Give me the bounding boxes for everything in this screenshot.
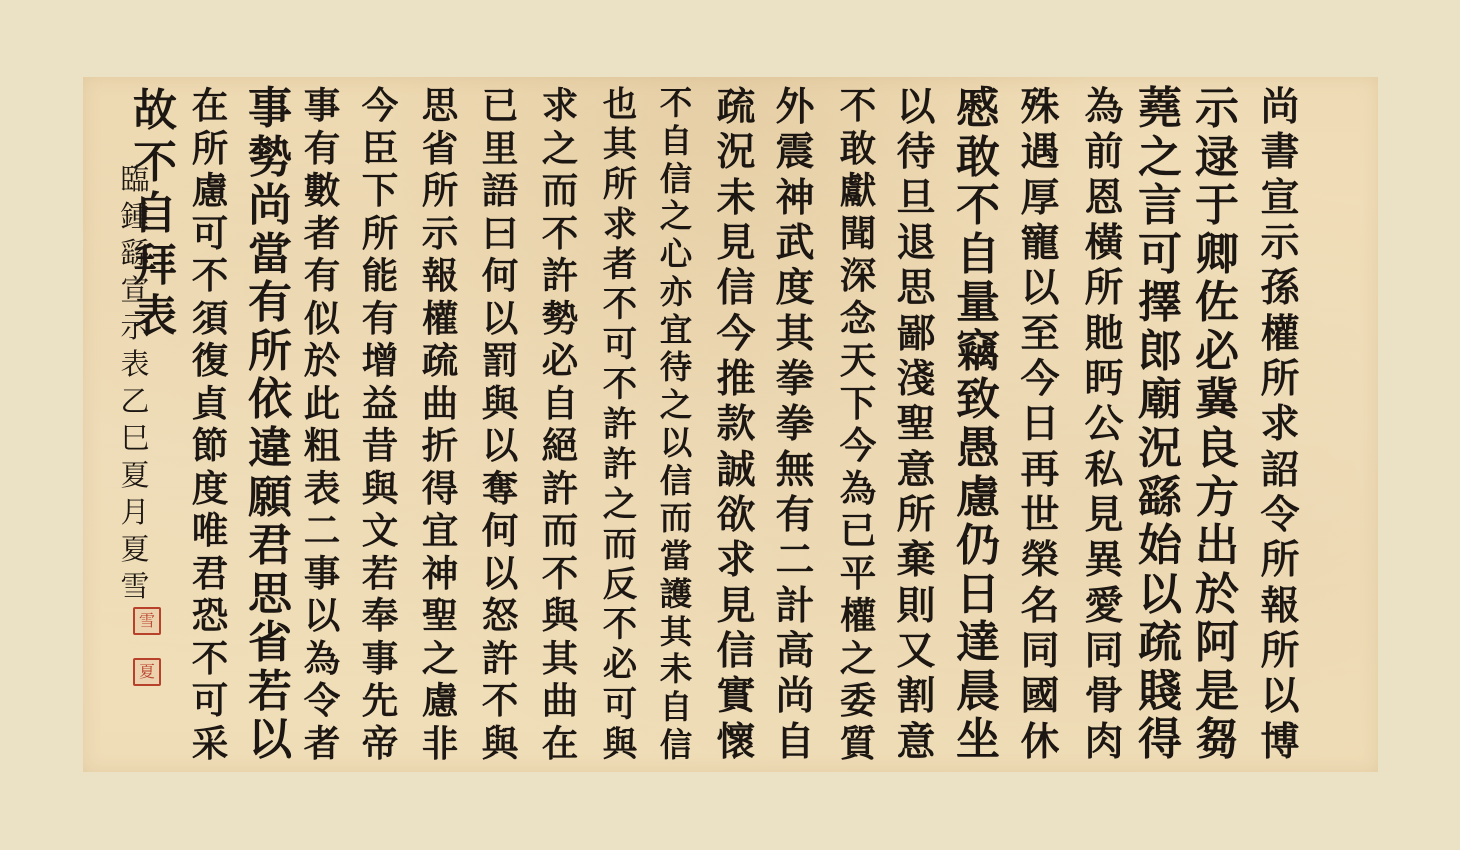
calligraphy-character: 不 [840, 85, 877, 128]
calligraphy-character: 先 [362, 680, 399, 723]
calligraphy-character: 願 [248, 474, 292, 523]
calligraphy-character: 見 [1085, 493, 1124, 538]
calligraphy-character: 奉 [362, 595, 399, 638]
calligraphy-character: 報 [422, 255, 459, 298]
calligraphy-character: 廟 [1138, 376, 1182, 425]
calligraphy-character: 必 [1195, 328, 1239, 377]
calligraphy-character: 君 [192, 553, 229, 596]
calligraphy-character: 有 [248, 279, 292, 328]
calligraphy-character: 所 [1261, 538, 1300, 583]
calligraphy-character: 卿 [1195, 231, 1239, 280]
calligraphy-character: 思 [248, 571, 292, 620]
calligraphy-character: 今 [717, 312, 756, 357]
text-column-11: 不自信之心亦宜待之以信而當護其未自信 [648, 85, 704, 765]
calligraphy-character: 棄 [897, 538, 936, 583]
calligraphy-character: 示 [1261, 221, 1300, 266]
calligraphy-character: 示 [422, 213, 459, 256]
calligraphy-character: 有 [776, 493, 815, 538]
calligraphy-character: 信 [660, 727, 692, 765]
calligraphy-character: 當 [248, 231, 292, 280]
calligraphy-character: 無 [776, 448, 815, 493]
calligraphy-character: 恐 [192, 595, 229, 638]
calligraphy-character: 仍 [956, 522, 1000, 571]
calligraphy-character: 何 [482, 510, 519, 553]
calligraphy-character: 與 [603, 725, 637, 765]
calligraphy-character: 致 [956, 376, 1000, 425]
calligraphy-character: 里 [482, 128, 519, 171]
calligraphy-character: 此 [304, 383, 341, 426]
calligraphy-character: 之 [660, 387, 692, 425]
calligraphy-paper: 尚書宣示孫權所求詔令所報所以博 示逯于卿佐必冀良方出於阿是芻 蕘之言可擇郎廟況繇… [83, 77, 1378, 772]
calligraphy-character: 愚 [956, 425, 1000, 474]
calligraphy-character: 所 [603, 165, 637, 205]
calligraphy-character: 有 [304, 255, 341, 298]
calligraphy-character: 敢 [840, 128, 877, 171]
calligraphy-character: 不 [603, 365, 637, 405]
calligraphy-character: 其 [542, 638, 579, 681]
calligraphy-character: 之 [840, 638, 877, 681]
calligraphy-character: 私 [1085, 448, 1124, 493]
calligraphy-character: 許 [542, 468, 579, 511]
calligraphy-character: 以 [660, 425, 692, 463]
inscription-character: 乙 [120, 383, 149, 420]
calligraphy-character: 坐 [956, 716, 1000, 765]
calligraphy-character: 逯 [1195, 134, 1239, 183]
calligraphy-character: 貞 [192, 383, 229, 426]
calligraphy-character: 曲 [542, 680, 579, 723]
calligraphy-character: 求 [717, 538, 756, 583]
calligraphy-character: 求 [542, 85, 579, 128]
calligraphy-character: 許 [603, 445, 637, 485]
calligraphy-character: 必 [603, 645, 637, 685]
calligraphy-character: 許 [542, 255, 579, 298]
calligraphy-character: 采 [192, 723, 229, 766]
text-column-15: 思省所示報權疏曲折得宜神聖之慮非 [412, 85, 468, 765]
calligraphy-character: 博 [1261, 720, 1300, 765]
calligraphy-character: 可 [603, 685, 637, 725]
calligraphy-character: 違 [248, 425, 292, 474]
calligraphy-character: 意 [897, 720, 936, 765]
calligraphy-character: 所 [897, 493, 936, 538]
calligraphy-character: 橫 [1085, 221, 1124, 266]
calligraphy-character: 怒 [482, 595, 519, 638]
calligraphy-character: 所 [1085, 266, 1124, 311]
calligraphy-character: 所 [1261, 629, 1300, 674]
calligraphy-character: 冀 [1195, 376, 1239, 425]
calligraphy-character: 賤 [1138, 668, 1182, 717]
calligraphy-character: 意 [897, 448, 936, 493]
text-column-1: 尚書宣示孫權所求詔令所報所以博 [1252, 85, 1308, 765]
calligraphy-character: 亦 [660, 274, 692, 312]
calligraphy-character: 遇 [1021, 130, 1060, 175]
calligraphy-character: 以 [304, 595, 341, 638]
inscription-character: 宣 [120, 272, 149, 309]
calligraphy-character: 未 [660, 651, 692, 689]
calligraphy-character: 眄 [1085, 357, 1124, 402]
calligraphy-character: 敢 [956, 134, 1000, 183]
calligraphy-character: 疏 [422, 340, 459, 383]
calligraphy-character: 言 [1138, 182, 1182, 231]
calligraphy-character: 宜 [660, 312, 692, 350]
calligraphy-character: 度 [776, 266, 815, 311]
calligraphy-character: 貤 [1085, 312, 1124, 357]
calligraphy-character: 罰 [482, 340, 519, 383]
calligraphy-character: 退 [897, 221, 936, 266]
calligraphy-character: 待 [660, 349, 692, 387]
calligraphy-character: 愛 [1085, 584, 1124, 629]
calligraphy-character: 報 [1261, 584, 1300, 629]
calligraphy-character: 之 [542, 128, 579, 171]
calligraphy-character: 折 [422, 425, 459, 468]
calligraphy-character: 尚 [776, 674, 815, 719]
text-column-4: 為前恩橫所貤眄公私見異愛同骨肉 [1076, 85, 1132, 765]
calligraphy-character: 自 [956, 231, 1000, 280]
calligraphy-character: 今 [362, 85, 399, 128]
calligraphy-character: 權 [840, 595, 877, 638]
inscription-character: 臨 [120, 161, 149, 198]
calligraphy-character: 自 [660, 123, 692, 161]
calligraphy-character: 可 [603, 325, 637, 365]
calligraphy-character: 權 [422, 298, 459, 341]
calligraphy-character: 方 [1195, 474, 1239, 523]
calligraphy-character: 以 [248, 716, 292, 765]
calligraphy-character: 已 [482, 85, 519, 128]
calligraphy-character: 慼 [956, 85, 1000, 134]
calligraphy-character: 至 [1021, 312, 1060, 357]
calligraphy-character: 欲 [717, 493, 756, 538]
calligraphy-character: 事 [248, 85, 292, 134]
calligraphy-character: 得 [422, 468, 459, 511]
calligraphy-character: 求 [1261, 402, 1300, 447]
text-column-19: 在所慮可不須復貞節度唯君恐不可采 [182, 85, 238, 765]
calligraphy-character: 異 [1085, 538, 1124, 583]
calligraphy-character: 非 [422, 723, 459, 766]
calligraphy-character: 信 [660, 463, 692, 501]
calligraphy-character: 似 [304, 298, 341, 341]
calligraphy-character: 示 [1195, 85, 1239, 134]
calligraphy-character: 孫 [1261, 266, 1300, 311]
calligraphy-character: 君 [248, 522, 292, 571]
inscription-character: 鍾 [120, 198, 149, 235]
calligraphy-character: 是 [1195, 668, 1239, 717]
calligraphy-character: 求 [603, 205, 637, 245]
calligraphy-character: 信 [717, 266, 756, 311]
calligraphy-character: 疏 [717, 85, 756, 130]
calligraphy-character: 則 [897, 584, 936, 629]
calligraphy-character: 省 [248, 619, 292, 668]
calligraphy-character: 必 [542, 340, 579, 383]
calligraphy-character: 于 [1195, 182, 1239, 231]
calligraphy-character: 況 [1138, 425, 1182, 474]
calligraphy-character: 不 [482, 680, 519, 723]
calligraphy-character: 表 [304, 468, 341, 511]
calligraphy-character: 而 [660, 500, 692, 538]
calligraphy-character: 旦 [897, 176, 936, 221]
inscription-character: 夏 [120, 457, 149, 494]
calligraphy-character: 事 [362, 638, 399, 681]
calligraphy-character: 質 [840, 723, 877, 766]
calligraphy-character: 待 [897, 130, 936, 175]
calligraphy-character: 良 [1195, 425, 1239, 474]
calligraphy-character: 文 [362, 510, 399, 553]
calligraphy-character: 慮 [422, 680, 459, 723]
calligraphy-character: 佐 [1195, 279, 1239, 328]
calligraphy-character: 何 [482, 255, 519, 298]
calligraphy-character: 不 [192, 255, 229, 298]
calligraphy-character: 世 [1021, 493, 1060, 538]
calligraphy-character: 念 [840, 298, 877, 341]
calligraphy-character: 所 [422, 170, 459, 213]
calligraphy-character: 詔 [1261, 448, 1300, 493]
calligraphy-character: 臣 [362, 128, 399, 171]
calligraphy-character: 聖 [897, 402, 936, 447]
calligraphy-character: 誠 [717, 448, 756, 493]
calligraphy-character: 而 [603, 525, 637, 565]
calligraphy-character: 在 [542, 723, 579, 766]
calligraphy-character: 已 [840, 510, 877, 553]
calligraphy-character: 可 [192, 680, 229, 723]
calligraphy-character: 有 [304, 128, 341, 171]
calligraphy-character: 令 [304, 680, 341, 723]
calligraphy-character: 所 [362, 213, 399, 256]
calligraphy-character: 蕘 [1138, 85, 1182, 134]
calligraphy-character: 武 [776, 221, 815, 266]
calligraphy-character: 者 [304, 213, 341, 256]
calligraphy-character: 在 [192, 85, 229, 128]
inscription-character: 表 [120, 346, 149, 383]
text-column-10: 疏況未見信今推款誠欲求見信實懷 [708, 85, 764, 765]
calligraphy-character: 宣 [1261, 176, 1300, 221]
calligraphy-character: 前 [1085, 130, 1124, 175]
calligraphy-character: 芻 [1195, 716, 1239, 765]
calligraphy-character: 復 [192, 340, 229, 383]
calligraphy-character: 震 [776, 130, 815, 175]
calligraphy-character: 阿 [1195, 619, 1239, 668]
calligraphy-character: 曲 [422, 383, 459, 426]
calligraphy-character: 日 [1021, 402, 1060, 447]
calligraphy-character: 割 [897, 674, 936, 719]
text-column-3: 蕘之言可擇郎廟況繇始以疏賤得 [1132, 85, 1188, 765]
calligraphy-character: 之 [603, 485, 637, 525]
calligraphy-character: 寵 [1021, 221, 1060, 266]
calligraphy-character: 自 [542, 383, 579, 426]
calligraphy-character: 以 [1021, 266, 1060, 311]
text-column-6: 慼敢不自量竊致愚慮仍日達晨坐 [950, 85, 1006, 765]
calligraphy-character: 語 [482, 170, 519, 213]
calligraphy-character: 不 [192, 638, 229, 681]
calligraphy-character: 不 [660, 85, 692, 123]
text-column-14: 已里語曰何以罰與以奪何以怒許不與 [472, 85, 528, 765]
calligraphy-character: 下 [362, 170, 399, 213]
calligraphy-character: 為 [304, 638, 341, 681]
text-column-2: 示逯于卿佐必冀良方出於阿是芻 [1189, 85, 1245, 765]
calligraphy-character: 實 [717, 674, 756, 719]
text-column-7: 以待旦退思鄙淺聖意所棄則又割意 [888, 85, 944, 765]
calligraphy-character: 信 [717, 629, 756, 674]
calligraphy-character: 不 [603, 605, 637, 645]
inscription-character: 夏 [120, 531, 149, 568]
calligraphy-character: 可 [1138, 231, 1182, 280]
text-column-13: 求之而不許勢必自絕許而不與其曲在 [532, 85, 588, 765]
calligraphy-character: 同 [1021, 629, 1060, 674]
calligraphy-character: 令 [1261, 493, 1300, 538]
calligraphy-character: 於 [304, 340, 341, 383]
calligraphy-character: 其 [776, 312, 815, 357]
calligraphy-character: 須 [192, 298, 229, 341]
calligraphy-character: 見 [717, 584, 756, 629]
calligraphy-character: 昔 [362, 425, 399, 468]
calligraphy-character: 其 [660, 614, 692, 652]
calligraphy-character: 宜 [422, 510, 459, 553]
calligraphy-character: 達 [956, 619, 1000, 668]
calligraphy-character: 深 [840, 255, 877, 298]
calligraphy-character: 若 [248, 668, 292, 717]
calligraphy-character: 拳 [776, 357, 815, 402]
text-column-5: 殊遇厚寵以至今日再世榮名同國休 [1012, 85, 1068, 765]
calligraphy-character: 未 [717, 176, 756, 221]
text-column-17: 事有數者有似於此粗表二事以為令者 [294, 85, 350, 765]
calligraphy-character: 二 [776, 538, 815, 583]
calligraphy-character: 厚 [1021, 176, 1060, 221]
calligraphy-character: 休 [1021, 720, 1060, 765]
calligraphy-character: 增 [362, 340, 399, 383]
calligraphy-character: 與 [482, 383, 519, 426]
calligraphy-character: 神 [776, 176, 815, 221]
inscription-column: 臨鍾繇宣示表乙巳夏月夏雪 [117, 161, 153, 605]
calligraphy-character: 疏 [1138, 619, 1182, 668]
calligraphy-character: 與 [482, 723, 519, 766]
calligraphy-character: 推 [717, 357, 756, 402]
calligraphy-character: 拳 [776, 402, 815, 447]
calligraphy-character: 依 [248, 376, 292, 425]
calligraphy-character: 與 [362, 468, 399, 511]
calligraphy-character: 絕 [542, 425, 579, 468]
calligraphy-character: 尚 [1261, 85, 1300, 130]
calligraphy-character: 以 [1261, 674, 1300, 719]
calligraphy-character: 鄙 [897, 312, 936, 357]
calligraphy-character: 許 [603, 405, 637, 445]
calligraphy-character: 者 [304, 723, 341, 766]
inscription-character: 繇 [120, 235, 149, 272]
calligraphy-character: 也 [603, 85, 637, 125]
calligraphy-character: 慮 [956, 474, 1000, 523]
inscription-character: 示 [120, 309, 149, 346]
calligraphy-character: 名 [1021, 584, 1060, 629]
calligraphy-character: 國 [1021, 674, 1060, 719]
calligraphy-character: 尚 [248, 182, 292, 231]
calligraphy-character: 節 [192, 425, 229, 468]
calligraphy-character: 當 [660, 538, 692, 576]
calligraphy-character: 於 [1195, 571, 1239, 620]
calligraphy-character: 榮 [1021, 538, 1060, 583]
calligraphy-character: 高 [776, 629, 815, 674]
calligraphy-character: 與 [542, 595, 579, 638]
calligraphy-character: 其 [603, 125, 637, 165]
calligraphy-character: 而 [542, 510, 579, 553]
calligraphy-character: 以 [482, 298, 519, 341]
calligraphy-character: 同 [1085, 629, 1124, 674]
calligraphy-character: 數 [304, 170, 341, 213]
text-column-8: 不敢獻聞深念天下今為已平權之委質 [830, 85, 886, 765]
calligraphy-character: 思 [897, 266, 936, 311]
calligraphy-character: 事 [304, 553, 341, 596]
calligraphy-character: 懷 [717, 720, 756, 765]
calligraphy-character: 之 [422, 638, 459, 681]
calligraphy-character: 骨 [1085, 674, 1124, 719]
calligraphy-character: 日 [956, 571, 1000, 620]
calligraphy-character: 曰 [482, 213, 519, 256]
calligraphy-character: 為 [1085, 85, 1124, 130]
text-column-12: 也其所求者不可不許許之而反不必可與 [592, 85, 648, 765]
calligraphy-character: 勢 [248, 134, 292, 183]
calligraphy-character: 殊 [1021, 85, 1060, 130]
calligraphy-character: 獻 [840, 170, 877, 213]
calligraphy-character: 省 [422, 128, 459, 171]
calligraphy-character: 淺 [897, 357, 936, 402]
text-column-18: 事勢尚當有所依違願君思省若以 [242, 85, 298, 765]
mounting-border: 尚書宣示孫權所求詔令所報所以博 示逯于卿佐必冀良方出於阿是芻 蕘之言可擇郎廟況繇… [0, 0, 1460, 850]
calligraphy-character: 可 [192, 213, 229, 256]
calligraphy-character: 自 [776, 720, 815, 765]
calligraphy-character: 者 [603, 245, 637, 285]
calligraphy-character: 得 [1138, 716, 1182, 765]
calligraphy-character: 聖 [422, 595, 459, 638]
calligraphy-character: 恩 [1085, 176, 1124, 221]
calligraphy-character: 慮 [192, 170, 229, 213]
calligraphy-character: 款 [717, 402, 756, 447]
calligraphy-character: 始 [1138, 522, 1182, 571]
calligraphy-character: 思 [422, 85, 459, 128]
calligraphy-character: 公 [1085, 402, 1124, 447]
calligraphy-character: 外 [776, 85, 815, 130]
calligraphy-character: 不 [603, 285, 637, 325]
calligraphy-character: 自 [660, 689, 692, 727]
calligraphy-character: 之 [1138, 134, 1182, 183]
calligraphy-character: 平 [840, 553, 877, 596]
calligraphy-character: 有 [362, 298, 399, 341]
calligraphy-character: 信 [660, 161, 692, 199]
calligraphy-character: 竊 [956, 328, 1000, 377]
calligraphy-character: 護 [660, 576, 692, 614]
calligraphy-character: 計 [776, 584, 815, 629]
calligraphy-character: 天 [840, 340, 877, 383]
calligraphy-character: 所 [248, 328, 292, 377]
calligraphy-character: 今 [1021, 357, 1060, 402]
inscription-character: 巳 [120, 420, 149, 457]
calligraphy-character: 晨 [956, 668, 1000, 717]
calligraphy-character: 二 [304, 510, 341, 553]
calligraphy-character: 事 [304, 85, 341, 128]
calligraphy-character: 若 [362, 553, 399, 596]
calligraphy-character: 為 [840, 468, 877, 511]
calligraphy-character: 能 [362, 255, 399, 298]
calligraphy-character: 再 [1021, 448, 1060, 493]
calligraphy-character: 見 [717, 221, 756, 266]
calligraphy-character: 不 [542, 213, 579, 256]
calligraphy-character: 以 [482, 425, 519, 468]
inscription-character: 雪 [120, 568, 149, 605]
calligraphy-character: 神 [422, 553, 459, 596]
calligraphy-character: 所 [192, 128, 229, 171]
calligraphy-character: 粗 [304, 425, 341, 468]
calligraphy-character: 繇 [1138, 474, 1182, 523]
calligraphy-character: 奪 [482, 468, 519, 511]
calligraphy-character: 帝 [362, 723, 399, 766]
inscription-character: 月 [120, 494, 149, 531]
calligraphy-character: 故 [133, 85, 177, 137]
calligraphy-character: 擇 [1138, 279, 1182, 328]
calligraphy-character: 下 [840, 383, 877, 426]
